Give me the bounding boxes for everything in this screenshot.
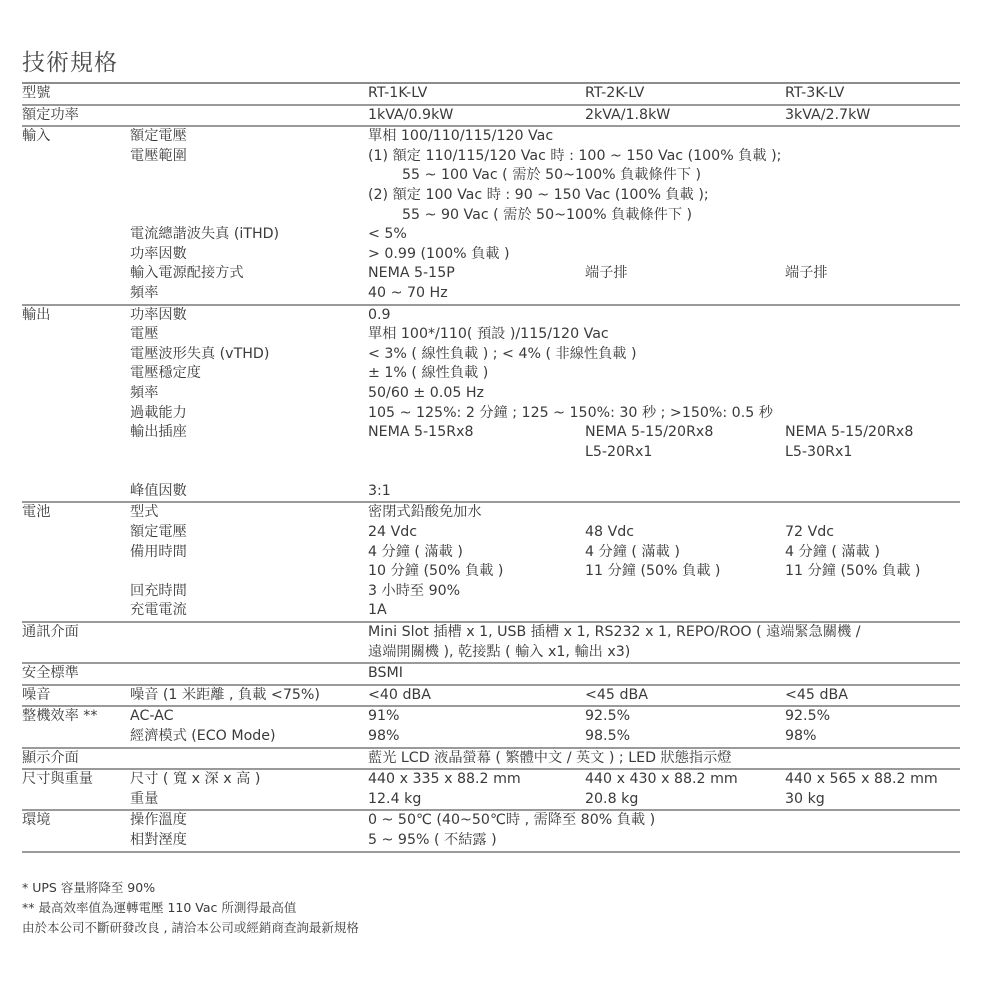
cell-value: 105 ~ 125%: 2 分鐘 ; 125 ~ 150%: 30 秒 ; >1…	[368, 404, 960, 424]
cell-value: 98%	[368, 727, 585, 747]
row-label: 輸入	[22, 127, 130, 147]
section-battery: 電池 型式 密閉式鉛酸免加水 額定電壓 24 Vdc 48 Vdc 72 Vdc…	[22, 503, 960, 623]
sub-label: 電流總諧波失真 (iTHD)	[130, 225, 368, 245]
cell-value: 5 ~ 95% ( 不結露 )	[368, 831, 960, 851]
table-row: 通訊介面 Mini Slot 插槽 x 1, USB 插槽 x 1, RS232…	[22, 623, 960, 643]
table-row: 電流總諧波失真 (iTHD) < 5%	[22, 225, 960, 245]
cell-value: 3 小時至 90%	[368, 582, 960, 602]
section-dimensions: 尺寸與重量 尺寸 ( 寬 x 深 x 高 ) 440 x 335 x 88.2 …	[22, 770, 960, 811]
cell-value: 24 Vdc	[368, 523, 585, 543]
sub-label: 電壓	[130, 325, 368, 345]
cell-value: 密閉式鉛酸免加水	[368, 503, 960, 523]
cell-value: < 3% ( 線性負載 ) ; < 4% ( 非線性負載 )	[368, 345, 960, 365]
cell-value: L5-30Rx1	[785, 443, 960, 463]
section-safety: 安全標準 BSMI	[22, 664, 960, 686]
sub-label: 功率因數	[130, 245, 368, 265]
cell-value: 3kVA/2.7kW	[785, 106, 960, 126]
sub-label: 頻率	[130, 284, 368, 304]
section-model: 型號 RT-1K-LV RT-2K-LV RT-3K-LV	[22, 84, 960, 106]
table-row: 回充時間 3 小時至 90%	[22, 582, 960, 602]
sub-label: 充電電流	[130, 601, 368, 621]
table-row: (2) 額定 100 Vac 時 : 90 ~ 150 Vac (100% 負載…	[22, 186, 960, 206]
cell-value: 440 x 335 x 88.2 mm	[368, 770, 585, 790]
cell-value: 端子排	[785, 264, 960, 284]
table-row: 頻率 50/60 ± 0.05 Hz	[22, 384, 960, 404]
cell-value: 440 x 430 x 88.2 mm	[585, 770, 785, 790]
table-row: 相對溼度 5 ~ 95% ( 不結露 )	[22, 831, 960, 851]
table-row: 型號 RT-1K-LV RT-2K-LV RT-3K-LV	[22, 84, 960, 104]
table-row: 輸入 額定電壓 單相 100/110/115/120 Vac	[22, 127, 960, 147]
cell-value: 遠端開關機 ), 乾接點 ( 輸入 x1, 輸出 x3)	[368, 643, 960, 663]
table-row: 環境 操作溫度 0 ~ 50℃ (40~50℃時 , 需降至 80% 負載 )	[22, 811, 960, 831]
cell-value: 55 ~ 100 Vac ( 需於 50~100% 負載條件下 )	[368, 166, 960, 186]
table-row: 功率因數 > 0.99 (100% 負載 )	[22, 245, 960, 265]
sub-label: AC-AC	[130, 707, 368, 727]
table-row: 55 ~ 100 Vac ( 需於 50~100% 負載條件下 )	[22, 166, 960, 186]
cell-value: 4 分鐘 ( 滿載 )	[785, 543, 960, 563]
table-row: L5-20Rx1 L5-30Rx1	[22, 443, 960, 463]
cell-value: <40 dBA	[368, 686, 585, 706]
cell-value: < 5%	[368, 225, 960, 245]
sub-label: 輸出插座	[130, 423, 368, 443]
row-label: 額定功率	[22, 106, 130, 126]
sub-label: 電壓波形失真 (vTHD)	[130, 345, 368, 365]
cell-value: 4 分鐘 ( 滿載 )	[585, 543, 785, 563]
cell-value: 20.8 kg	[585, 790, 785, 810]
cell-value: 單相 100/110/115/120 Vac	[368, 127, 960, 147]
model-2k: RT-2K-LV	[585, 84, 785, 104]
cell-value: 2kVA/1.8kW	[585, 106, 785, 126]
table-row: 電池 型式 密閉式鉛酸免加水	[22, 503, 960, 523]
cell-value: 10 分鐘 (50% 負載 )	[368, 562, 585, 582]
cell-value: 1A	[368, 601, 960, 621]
cell-value: <45 dBA	[585, 686, 785, 706]
sub-label: 經濟模式 (ECO Mode)	[130, 727, 368, 747]
row-label: 通訊介面	[22, 623, 130, 643]
table-row: 10 分鐘 (50% 負載 ) 11 分鐘 (50% 負載 ) 11 分鐘 (5…	[22, 562, 960, 582]
row-label: 環境	[22, 811, 130, 831]
sub-label: 電壓穩定度	[130, 364, 368, 384]
cell-value: NEMA 5-15/20Rx8	[585, 423, 785, 443]
table-row: 額定功率 1kVA/0.9kW 2kVA/1.8kW 3kVA/2.7kW	[22, 106, 960, 126]
model-1k: RT-1K-LV	[368, 84, 585, 104]
table-row: 遠端開關機 ), 乾接點 ( 輸入 x1, 輸出 x3)	[22, 643, 960, 663]
table-row: 輸出插座 NEMA 5-15Rx8 NEMA 5-15/20Rx8 NEMA 5…	[22, 423, 960, 443]
cell-value: NEMA 5-15Rx8	[368, 423, 585, 443]
cell-value: (1) 額定 110/115/120 Vac 時 : 100 ~ 150 Vac…	[368, 147, 960, 167]
cell-value: 11 分鐘 (50% 負載 )	[785, 562, 960, 582]
footnotes: * UPS 容量將降至 90% ** 最高效率值為運轉電壓 110 Vac 所測…	[22, 878, 359, 938]
footnote: 由於本公司不斷研發改良 , 請洽本公司或經銷商查詢最新規格	[22, 918, 359, 938]
footnote: ** 最高效率值為運轉電壓 110 Vac 所測得最高值	[22, 898, 359, 918]
sub-label: 操作溫度	[130, 811, 368, 831]
model-3k: RT-3K-LV	[785, 84, 960, 104]
cell-value: 藍光 LCD 液晶螢幕 ( 繁體中文 / 英文 ) ; LED 狀態指示燈	[368, 749, 960, 769]
table-row: 峰值因數 3:1	[22, 482, 960, 502]
table-row: 電壓波形失真 (vTHD) < 3% ( 線性負載 ) ; < 4% ( 非線性…	[22, 345, 960, 365]
cell-value: 4 分鐘 ( 滿載 )	[368, 543, 585, 563]
cell-value: > 0.99 (100% 負載 )	[368, 245, 960, 265]
cell-value: 11 分鐘 (50% 負載 )	[585, 562, 785, 582]
table-row: 過載能力 105 ~ 125%: 2 分鐘 ; 125 ~ 150%: 30 秒…	[22, 404, 960, 424]
table-row: 噪音 噪音 (1 米距離 , 負載 <75%) <40 dBA <45 dBA …	[22, 686, 960, 706]
table-row: 安全標準 BSMI	[22, 664, 960, 684]
cell-value: ± 1% ( 線性負載 )	[368, 364, 960, 384]
row-label: 顯示介面	[22, 749, 130, 769]
cell-value: 單相 100*/110( 預設 )/115/120 Vac	[368, 325, 960, 345]
sub-label: 回充時間	[130, 582, 368, 602]
table-row: 55 ~ 90 Vac ( 需於 50~100% 負載條件下 )	[22, 206, 960, 226]
section-communication: 通訊介面 Mini Slot 插槽 x 1, USB 插槽 x 1, RS232…	[22, 623, 960, 664]
table-row: 輸入電源配接方式 NEMA 5-15P 端子排 端子排	[22, 264, 960, 284]
section-environment: 環境 操作溫度 0 ~ 50℃ (40~50℃時 , 需降至 80% 負載 ) …	[22, 811, 960, 852]
section-output: 輸出 功率因數 0.9 電壓 單相 100*/110( 預設 )/115/120…	[22, 306, 960, 504]
cell-value: 440 x 565 x 88.2 mm	[785, 770, 960, 790]
cell-value: 0.9	[368, 306, 960, 326]
section-input: 輸入 額定電壓 單相 100/110/115/120 Vac 電壓範圍 (1) …	[22, 127, 960, 305]
cell-value: 1kVA/0.9kW	[368, 106, 585, 126]
section-noise: 噪音 噪音 (1 米距離 , 負載 <75%) <40 dBA <45 dBA …	[22, 686, 960, 708]
cell-value: 30 kg	[785, 790, 960, 810]
table-row: 充電電流 1A	[22, 601, 960, 621]
row-label: 噪音	[22, 686, 130, 706]
sub-label: 重量	[130, 790, 368, 810]
sub-label: 過載能力	[130, 404, 368, 424]
cell-value: <45 dBA	[785, 686, 960, 706]
row-label: 安全標準	[22, 664, 130, 684]
row-label: 電池	[22, 503, 130, 523]
cell-value: 48 Vdc	[585, 523, 785, 543]
cell-value: 72 Vdc	[785, 523, 960, 543]
footnote: * UPS 容量將降至 90%	[22, 878, 359, 898]
cell-value: (2) 額定 100 Vac 時 : 90 ~ 150 Vac (100% 負載…	[368, 186, 960, 206]
cell-value: 0 ~ 50℃ (40~50℃時 , 需降至 80% 負載 )	[368, 811, 960, 831]
table-row	[22, 462, 960, 482]
cell-value: NEMA 5-15P	[368, 264, 585, 284]
table-row: 備用時間 4 分鐘 ( 滿載 ) 4 分鐘 ( 滿載 ) 4 分鐘 ( 滿載 )	[22, 543, 960, 563]
table-row: 電壓範圍 (1) 額定 110/115/120 Vac 時 : 100 ~ 15…	[22, 147, 960, 167]
row-label: 尺寸與重量	[22, 770, 130, 790]
table-row: 經濟模式 (ECO Mode) 98% 98.5% 98%	[22, 727, 960, 747]
table-row: 輸出 功率因數 0.9	[22, 306, 960, 326]
table-row: 重量 12.4 kg 20.8 kg 30 kg	[22, 790, 960, 810]
cell-value: 55 ~ 90 Vac ( 需於 50~100% 負載條件下 )	[368, 206, 960, 226]
table-row: 電壓 單相 100*/110( 預設 )/115/120 Vac	[22, 325, 960, 345]
sub-label: 備用時間	[130, 543, 368, 563]
sub-label: 噪音 (1 米距離 , 負載 <75%)	[130, 686, 368, 706]
row-label: 整機效率 **	[22, 707, 130, 727]
cell-value: 92.5%	[585, 707, 785, 727]
table-row: 頻率 40 ~ 70 Hz	[22, 284, 960, 304]
cell-value: 98.5%	[585, 727, 785, 747]
sub-label: 型式	[130, 503, 368, 523]
cell-value: Mini Slot 插槽 x 1, USB 插槽 x 1, RS232 x 1,…	[368, 623, 960, 643]
sub-label: 輸入電源配接方式	[130, 264, 368, 284]
row-label: 輸出	[22, 306, 130, 326]
sub-label: 峰值因數	[130, 482, 368, 502]
cell-value: 92.5%	[785, 707, 960, 727]
sub-label: 額定電壓	[130, 523, 368, 543]
section-power: 額定功率 1kVA/0.9kW 2kVA/1.8kW 3kVA/2.7kW	[22, 106, 960, 128]
sub-label: 額定電壓	[130, 127, 368, 147]
sub-label: 頻率	[130, 384, 368, 404]
cell-value: L5-20Rx1	[585, 443, 785, 463]
table-row: 顯示介面 藍光 LCD 液晶螢幕 ( 繁體中文 / 英文 ) ; LED 狀態指…	[22, 749, 960, 769]
section-efficiency: 整機效率 ** AC-AC 91% 92.5% 92.5% 經濟模式 (ECO …	[22, 707, 960, 748]
sub-label: 尺寸 ( 寬 x 深 x 高 )	[130, 770, 368, 790]
table-row: 額定電壓 24 Vdc 48 Vdc 72 Vdc	[22, 523, 960, 543]
cell-value: 3:1	[368, 482, 960, 502]
table-row: 電壓穩定度 ± 1% ( 線性負載 )	[22, 364, 960, 384]
cell-value: 91%	[368, 707, 585, 727]
cell-value: BSMI	[368, 664, 960, 684]
cell-value: 12.4 kg	[368, 790, 585, 810]
page-title: 技術規格	[22, 44, 118, 77]
cell-value: NEMA 5-15/20Rx8	[785, 423, 960, 443]
sub-label: 相對溼度	[130, 831, 368, 851]
cell-value	[368, 443, 585, 463]
spec-table: 型號 RT-1K-LV RT-2K-LV RT-3K-LV 額定功率 1kVA/…	[22, 82, 960, 853]
cell-value: 端子排	[585, 264, 785, 284]
section-display: 顯示介面 藍光 LCD 液晶螢幕 ( 繁體中文 / 英文 ) ; LED 狀態指…	[22, 749, 960, 771]
cell-value: 40 ~ 70 Hz	[368, 284, 960, 304]
sub-label: 電壓範圍	[130, 147, 368, 167]
sub-label: 功率因數	[130, 306, 368, 326]
cell-value: 98%	[785, 727, 960, 747]
cell-value: 50/60 ± 0.05 Hz	[368, 384, 960, 404]
row-label: 型號	[22, 84, 130, 104]
table-row: 整機效率 ** AC-AC 91% 92.5% 92.5%	[22, 707, 960, 727]
table-row: 尺寸與重量 尺寸 ( 寬 x 深 x 高 ) 440 x 335 x 88.2 …	[22, 770, 960, 790]
